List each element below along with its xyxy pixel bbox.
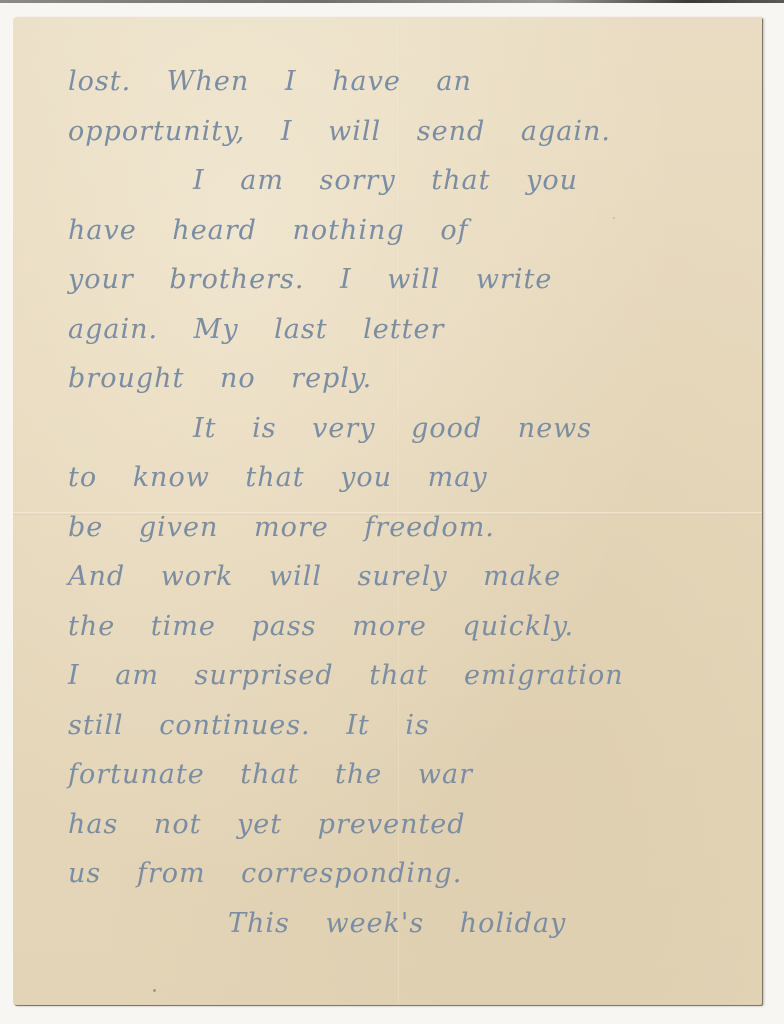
letter-paper: lost. When I have an opportunity, I will… (13, 17, 762, 1005)
text-line: us from corresponding. (68, 849, 758, 899)
text-line: fortunate that the war (68, 750, 758, 800)
text-line: have heard nothing of (68, 206, 758, 256)
text-line: And work will surely make (68, 552, 758, 602)
scanner-edge-strip (0, 0, 784, 3)
text-line: the time pass more quickly. (68, 602, 758, 652)
text-line: brought no reply. (68, 354, 758, 404)
text-line: I am surprised that emigration (68, 651, 758, 701)
text-line: still continues. It is (68, 701, 758, 751)
text-line: lost. When I have an (68, 57, 758, 107)
text-line-paragraph-start: This week's holiday (68, 899, 758, 949)
text-line: has not yet prevented (68, 800, 758, 850)
handwritten-text-block: lost. When I have an opportunity, I will… (68, 57, 758, 948)
text-line: your brothers. I will write (68, 255, 758, 305)
text-line: to know that you may (68, 453, 758, 503)
text-line-paragraph-start: It is very good news (68, 404, 758, 454)
text-line-paragraph-start: I am sorry that you (68, 156, 758, 206)
text-line: opportunity, I will send again. (68, 107, 758, 157)
text-line: be given more freedom. (68, 503, 758, 553)
paper-speck (153, 989, 156, 992)
text-line: again. My last letter (68, 305, 758, 355)
